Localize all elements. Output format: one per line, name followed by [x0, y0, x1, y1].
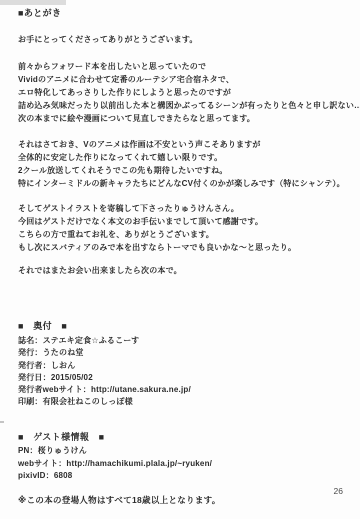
colophon-value: しおん: [51, 361, 76, 370]
scan-artifact-top: [0, 0, 66, 5]
colophon-value: http://utane.sakura.ne.jp/: [91, 385, 191, 394]
colophon-value: うたのね堂: [43, 348, 84, 357]
afterword-line: それではまたお会い出来ましたら次の本で。: [18, 264, 354, 277]
afterword-paragraph: お手にとってくださってありがとうございます。: [18, 33, 354, 46]
afterword-line: 2クール放送してくれそうでこの先も期待したいですね。: [18, 164, 354, 177]
colophon-label: 発行者webサイト：: [18, 385, 91, 394]
afterword-line: 全体的に安定した作りになってくれて嬉しい限りです。: [18, 151, 354, 164]
afterword-line: 詰め込み気味だったり以前出した本と構図かぶってるシーンが有ったりと色々と申し訳な…: [18, 99, 354, 112]
guest-info-row: webサイト：http://hamachikumi.plala.jp/~ryuk…: [18, 458, 354, 471]
afterword-line: こちらの方で重ねてお礼を、ありがとうございます。: [18, 228, 354, 241]
afterword-line: お手にとってくださってありがとうございます。: [18, 33, 354, 46]
colophon-label: 誌名：: [18, 336, 43, 345]
colophon-label: 発行：: [18, 348, 43, 357]
afterword-paragraph: そしてゲストイラストを寄稿して下さったりゅうけんさん。 今回はゲストだけでなく本…: [18, 202, 354, 254]
guest-info-row: PN：桜りゅうけん: [18, 445, 354, 458]
afterword-page: ■あとがき お手にとってくださってありがとうございます。 前々からフォワード本を…: [0, 0, 360, 519]
age-disclaimer: ※この本の登場人物はすべて18歳以上となります。: [18, 494, 354, 506]
colophon-row: 発行：うたのね堂: [18, 347, 354, 359]
colophon-row: 誌名：ステエキ定食☆ふるこーす: [18, 335, 354, 347]
afterword-line: 前々からフォワード本を出したいと思っていたので: [18, 60, 354, 73]
afterword-line: そしてゲストイラストを寄稿して下さったりゅうけんさん。: [18, 202, 354, 215]
guest-info-header: ■ ゲスト様情報 ■: [18, 432, 354, 443]
afterword-line: 特にインターミドルの新キャラたちにどんなCV付くのかが楽しみです（特にシャンテ）…: [18, 177, 354, 190]
guest-info-value: http://hamachikumi.plala.jp/~ryuken/: [66, 459, 212, 468]
guest-info-label: pixivID：: [18, 471, 54, 480]
colophon-row: 発行日：2015/05/02: [18, 372, 354, 384]
colophon-row: 発行者：しおん: [18, 360, 354, 372]
afterword-line: それはさておき、Vのアニメは作画は不安という声こそありますが: [18, 138, 354, 151]
colophon-label: 発行日：: [18, 373, 51, 382]
guest-info-label: PN：: [18, 446, 38, 455]
afterword-line: 次の本までに絵や漫画について見直しできたらなと思ってます。: [18, 112, 354, 125]
guest-info-value: 桜りゅうけん: [38, 446, 87, 455]
colophon-value: 有限会社ねこのしっぽ様: [43, 397, 133, 406]
colophon-label: 印刷：: [18, 397, 43, 406]
scan-artifact-left: [0, 421, 4, 423]
page-number: 26: [334, 486, 343, 496]
afterword-paragraph: 前々からフォワード本を出したいと思っていたので Vividのアニメに合わせて定番…: [18, 60, 354, 125]
guest-info-label: webサイト：: [18, 459, 66, 468]
colophon-label: 発行者：: [18, 361, 51, 370]
colophon-row: 印刷：有限会社ねこのしっぽ様: [18, 396, 354, 408]
afterword-line: エロ特化してあっさりした作りにしようと思ったのですが: [18, 86, 354, 99]
guest-info-section: PN：桜りゅうけん webサイト：http://hamachikumi.plal…: [18, 445, 354, 483]
afterword-line: もし次にスバティアのみで本を出すならトーマでも良いかな～と思ったり。: [18, 241, 354, 254]
afterword-line: Vividのアニメに合わせて定番のルーテシア宅合宿ネタで、: [18, 73, 354, 86]
afterword-paragraph: それではまたお会い出来ましたら次の本で。: [18, 264, 354, 277]
colophon-header: ■ 奥付 ■: [18, 321, 354, 332]
colophon-value: ステエキ定食☆ふるこーす: [43, 336, 140, 345]
guest-info-row: pixivID：6808: [18, 470, 354, 483]
colophon-section: 誌名：ステエキ定食☆ふるこーす 発行：うたのね堂 発行者：しおん 発行日：201…: [18, 335, 354, 409]
afterword-line: 今回はゲストだけでなく本文のお手伝いまでして頂いて感謝です。: [18, 215, 354, 228]
colophon-value: 2015/05/02: [51, 373, 93, 382]
afterword-header: ■あとがき: [18, 8, 354, 19]
afterword-paragraph: それはさておき、Vのアニメは作画は不安という声こそありますが 全体的に安定した作…: [18, 138, 354, 190]
guest-info-value: 6808: [54, 471, 73, 480]
colophon-row: 発行者webサイト：http://utane.sakura.ne.jp/: [18, 384, 354, 396]
